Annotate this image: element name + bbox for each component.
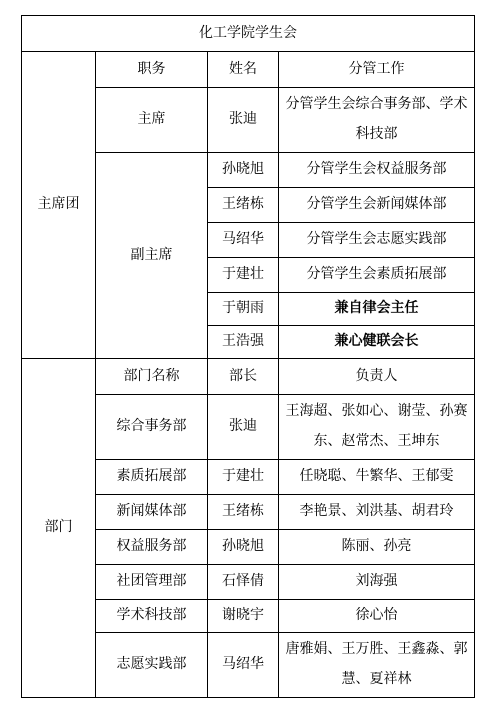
table-title: 化工学院学生会: [22, 16, 475, 52]
department-members-cell: 徐心怡: [279, 600, 475, 633]
header-duty: 分管工作: [279, 52, 475, 88]
department-head-cell: 谢晓宇: [208, 600, 279, 633]
department-head-cell: 张迪: [208, 395, 279, 460]
department-head-cell: 石怿倩: [208, 565, 279, 600]
department-head-cell: 孙晓旭: [208, 530, 279, 565]
vice-name-cell: 于朝雨: [208, 293, 279, 326]
chair-name-cell: 张迪: [208, 88, 279, 153]
vice-duty-cell: 分管学生会素质拓展部: [279, 258, 475, 293]
vice-name-cell: 马绍华: [208, 223, 279, 258]
vice-duty-cell: 分管学生会志愿实践部: [279, 223, 475, 258]
header-department-members: 负责人: [279, 359, 475, 395]
department-head-cell: 王绪栋: [208, 495, 279, 530]
header-position: 职务: [96, 52, 208, 88]
departments-header-row: 部门 部门名称 部长 负责人: [22, 359, 475, 395]
department-name-cell: 素质拓展部: [96, 460, 208, 495]
department-name-cell: 综合事务部: [96, 395, 208, 460]
vice-duty-cell: 兼心健联会长: [279, 326, 475, 359]
header-department-head: 部长: [208, 359, 279, 395]
department-members-cell: 刘海强: [279, 565, 475, 600]
vice-duty-cell: 兼自律会主任: [279, 293, 475, 326]
document-page: 化工学院学生会 主席团 职务 姓名 分管工作 主席 张迪 分管学生会综合事务部、…: [0, 0, 492, 710]
group-cell-presidium: 主席团: [22, 52, 96, 359]
department-name-cell: 志愿实践部: [96, 633, 208, 698]
vice-position-cell: 副主席: [96, 153, 208, 359]
department-members-cell: 任晓聪、牛繁华、王郁雯: [279, 460, 475, 495]
chair-position-cell: 主席: [96, 88, 208, 153]
department-members-cell: 王海超、张如心、谢莹、孙赛东、赵常杰、王坤东: [279, 395, 475, 460]
header-department-name: 部门名称: [96, 359, 208, 395]
student-union-table: 化工学院学生会 主席团 职务 姓名 分管工作 主席 张迪 分管学生会综合事务部、…: [21, 15, 475, 698]
vice-name-cell: 王浩强: [208, 326, 279, 359]
vice-name-cell: 王绪栋: [208, 188, 279, 223]
vice-duty-cell: 分管学生会权益服务部: [279, 153, 475, 188]
vice-name-cell: 于建壮: [208, 258, 279, 293]
department-name-cell: 社团管理部: [96, 565, 208, 600]
department-head-cell: 于建壮: [208, 460, 279, 495]
chair-duty-cell: 分管学生会综合事务部、学术科技部: [279, 88, 475, 153]
department-members-cell: 唐雅娟、王万胜、王鑫淼、郭慧、夏祥林: [279, 633, 475, 698]
vice-name-cell: 孙晓旭: [208, 153, 279, 188]
department-head-cell: 马绍华: [208, 633, 279, 698]
department-name-cell: 学术科技部: [96, 600, 208, 633]
header-name: 姓名: [208, 52, 279, 88]
group-cell-departments: 部门: [22, 359, 96, 698]
department-name-cell: 新闻媒体部: [96, 495, 208, 530]
department-members-cell: 陈丽、孙亮: [279, 530, 475, 565]
presidium-header-row: 主席团 职务 姓名 分管工作: [22, 52, 475, 88]
vice-duty-cell: 分管学生会新闻媒体部: [279, 188, 475, 223]
department-name-cell: 权益服务部: [96, 530, 208, 565]
department-members-cell: 李艳景、刘洪基、胡君玲: [279, 495, 475, 530]
